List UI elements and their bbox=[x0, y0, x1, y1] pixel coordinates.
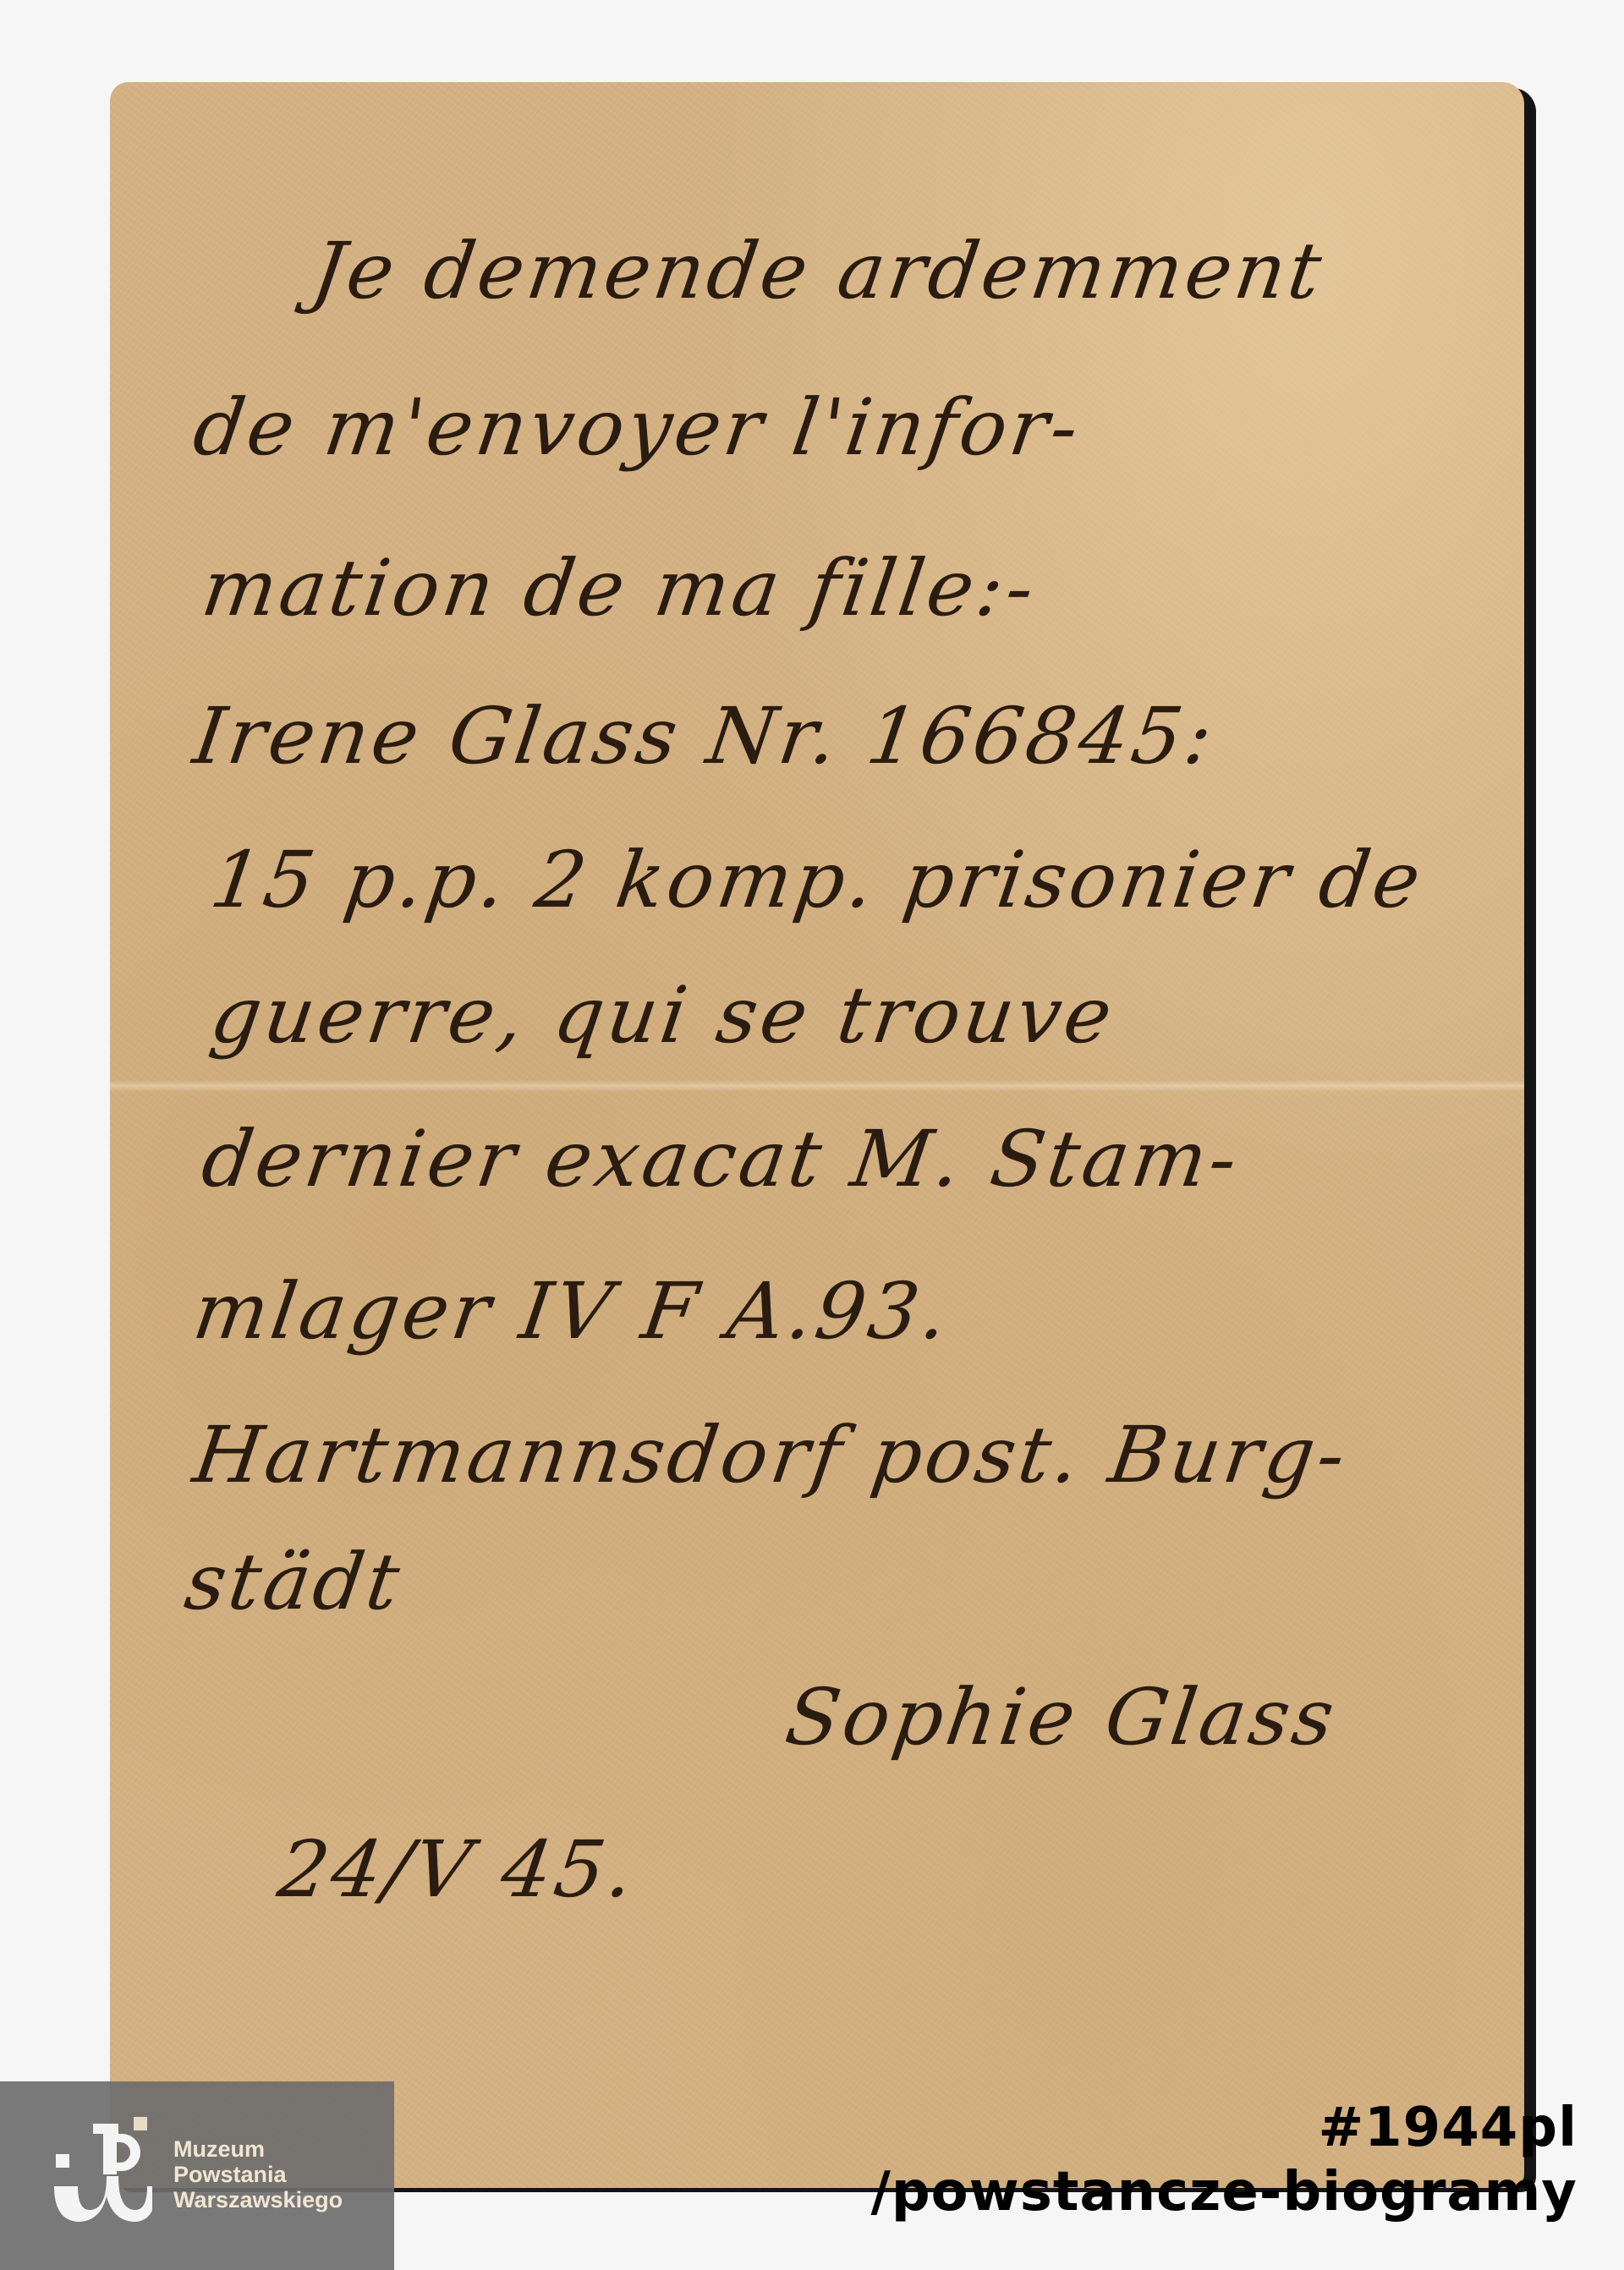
signature: Sophie Glass bbox=[780, 1672, 1342, 1763]
date: 24/V 45. bbox=[272, 1824, 642, 1915]
museum-logo-overlay: Muzeum Powstania Warszawskiego bbox=[0, 2081, 394, 2270]
hw-line-5: 15 p.p. 2 komp. prisonier de bbox=[205, 835, 1429, 925]
hw-line-2: de m'envoyer l'infor- bbox=[188, 382, 1087, 473]
museum-name: Muzeum Powstania Warszawskiego bbox=[173, 2136, 343, 2212]
hw-line-4: Irene Glass Nr. 166845: bbox=[188, 691, 1221, 781]
hw-line-1: Je demende ardemment bbox=[306, 226, 1330, 316]
hw-line-7: dernier exacat M. Stam- bbox=[196, 1114, 1245, 1204]
kotwica-anchor-icon bbox=[51, 2117, 152, 2225]
museum-name-line-1: Muzeum bbox=[173, 2136, 343, 2162]
museum-name-line-2: Powstania bbox=[173, 2162, 343, 2187]
handwritten-text: Je demende ardemment de m'envoyer l'info… bbox=[110, 82, 1524, 2188]
watermark-hashtag: #1944pl bbox=[870, 2096, 1577, 2160]
hw-line-6: guerre, qui se trouve bbox=[205, 970, 1120, 1061]
hw-line-9: Hartmannsdorf post. Burg- bbox=[188, 1410, 1353, 1500]
hw-line-3: mation de ma fille:- bbox=[196, 543, 1042, 633]
postcard: Je demende ardemment de m'envoyer l'info… bbox=[110, 82, 1524, 2188]
museum-name-line-3: Warszawskiego bbox=[173, 2187, 343, 2212]
hw-line-8: mlager IV F A.93. bbox=[188, 1266, 956, 1357]
watermark: #1944pl /powstancze-biogramy bbox=[870, 2096, 1577, 2224]
hw-line-10: städt bbox=[179, 1537, 408, 1627]
watermark-path: /powstancze-biogramy bbox=[870, 2160, 1577, 2224]
